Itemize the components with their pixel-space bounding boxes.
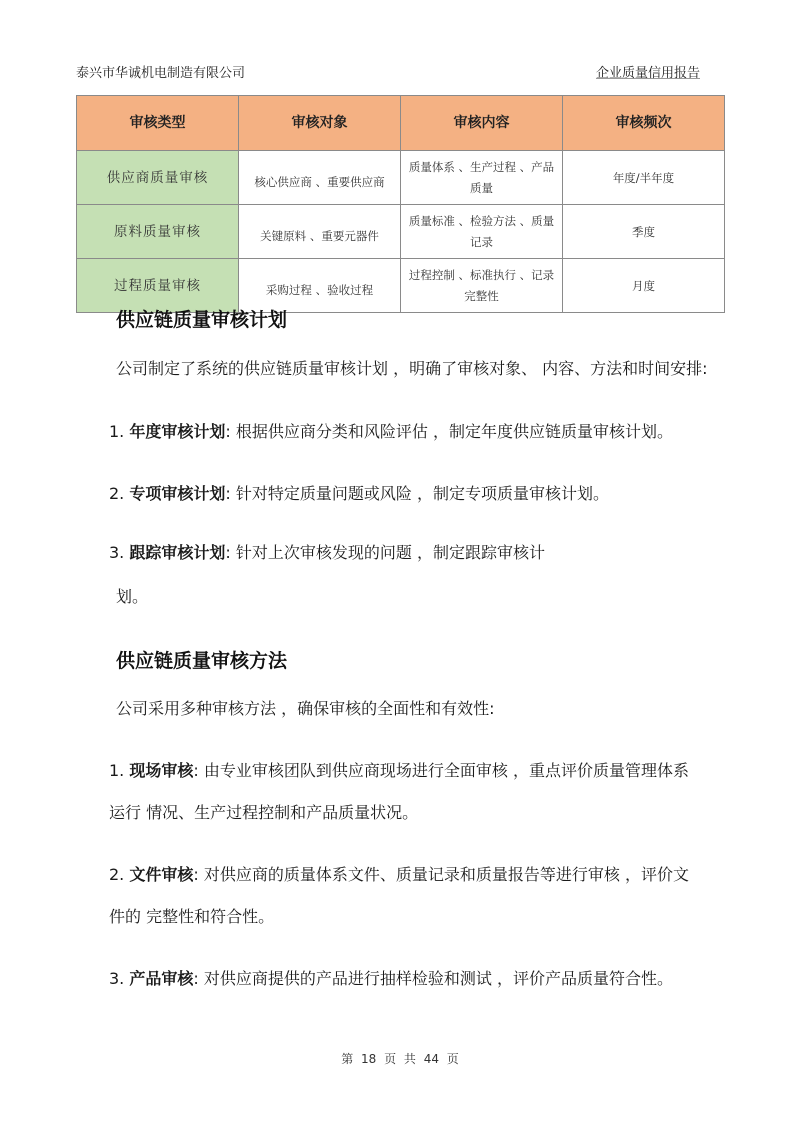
item-text: : 对供应商的质量体系文件、质量记录和质量报告等进行审核 ，评价文 [193,865,689,884]
section-title-audit-methods: 供应链质量审核方法 [116,646,287,673]
content-line: 质量标准 、检验方法 、质量 [409,214,554,228]
item-number: 2. [109,484,124,503]
content-line: 质量体系 、生产过程 、产品 [409,160,554,174]
item-number: 3. [109,543,124,562]
content-line: 完整性 [464,289,499,303]
item-label: 现场审核 [129,761,193,780]
item-number: 3. [109,969,124,988]
cell-target: 核心供应商 、重要供应商 [239,151,401,205]
item-number: 2. [109,865,124,884]
method-item-continuation: 件的 完整性和符合性。 [109,904,274,927]
method-item: 1. 现场审核: 由专业审核团队到供应商现场进行全面审核 ，重点评价质量管理体系 [109,758,689,781]
content-line: 过程控制 、标准执行 、记录 [409,268,554,282]
item-text: : 对供应商提供的产品进行抽样检验和测试 ，评价产品质量符合性。 [193,969,673,988]
header-report-title: 企业质量信用报告 [596,62,700,81]
cell-frequency: 年度/半年度 [563,151,725,205]
item-text: : 由专业审核团队到供应商现场进行全面审核 ，重点评价质量管理体系 [193,761,689,780]
item-number: 1. [109,422,124,441]
item-label: 年度审核计划 [129,422,225,441]
cell-content: 质量体系 、生产过程 、产品质量 [401,151,563,205]
item-label: 专项审核计划 [129,484,225,503]
column-header-frequency: 审核频次 [563,96,725,151]
item-label: 产品审核 [129,969,193,988]
table-row: 原料质量审核 关键原料 、重要元器件 质量标准 、检验方法 、质量记录 季度 [77,205,725,259]
table-row: 供应商质量审核 核心供应商 、重要供应商 质量体系 、生产过程 、产品质量 年度… [77,151,725,205]
plan-intro: 公司制定了系统的供应链质量审核计划 ，明确了审核对象、 内容、方法和时间安排: [116,356,708,379]
cell-type: 供应商质量审核 [77,151,239,205]
method-item-continuation: 运行 情况、生产过程控制和产品质量状况。 [109,800,418,823]
item-number: 1. [109,761,124,780]
header-company-name: 泰兴市华诚机电制造有限公司 [76,62,245,81]
item-label: 文件审核 [129,865,193,884]
audit-table: 审核类型 审核对象 审核内容 审核频次 供应商质量审核 核心供应商 、重要供应商… [76,95,725,313]
item-label: 跟踪审核计划 [129,543,225,562]
content-line: 记录 [470,235,493,249]
cell-content: 质量标准 、检验方法 、质量记录 [401,205,563,259]
cell-target: 关键原料 、重要元器件 [239,205,401,259]
column-header-target: 审核对象 [239,96,401,151]
page-number: 第 18 页 共 44 页 [0,1050,800,1067]
section-title-audit-plan: 供应链质量审核计划 [116,305,287,332]
item-text: : 针对特定质量问题或风险 ，制定专项质量审核计划。 [225,484,609,503]
cell-frequency: 季度 [563,205,725,259]
cell-type: 原料质量审核 [77,205,239,259]
method-item: 2. 文件审核: 对供应商的质量体系文件、质量记录和质量报告等进行审核 ，评价文 [109,862,689,885]
item-text: : 针对上次审核发现的问题 ，制定跟踪审核计 [225,543,545,562]
table-header-row: 审核类型 审核对象 审核内容 审核频次 [77,96,725,151]
cell-frequency: 月度 [563,259,725,313]
item-text: : 根据供应商分类和风险评估 ，制定年度供应链质量审核计划。 [225,422,673,441]
content-line: 质量 [470,181,493,195]
cell-content: 过程控制 、标准执行 、记录完整性 [401,259,563,313]
plan-item: 3. 跟踪审核计划: 针对上次审核发现的问题 ，制定跟踪审核计 [109,540,545,563]
plan-item-continuation: 划。 [116,584,148,607]
method-item: 3. 产品审核: 对供应商提供的产品进行抽样检验和测试 ，评价产品质量符合性。 [109,966,673,989]
plan-item: 2. 专项审核计划: 针对特定质量问题或风险 ，制定专项质量审核计划。 [109,481,609,504]
methods-intro: 公司采用多种审核方法 ，确保审核的全面性和有效性: [116,696,494,719]
plan-item: 1. 年度审核计划: 根据供应商分类和风险评估 ，制定年度供应链质量审核计划。 [109,419,673,442]
column-header-content: 审核内容 [401,96,563,151]
column-header-type: 审核类型 [77,96,239,151]
